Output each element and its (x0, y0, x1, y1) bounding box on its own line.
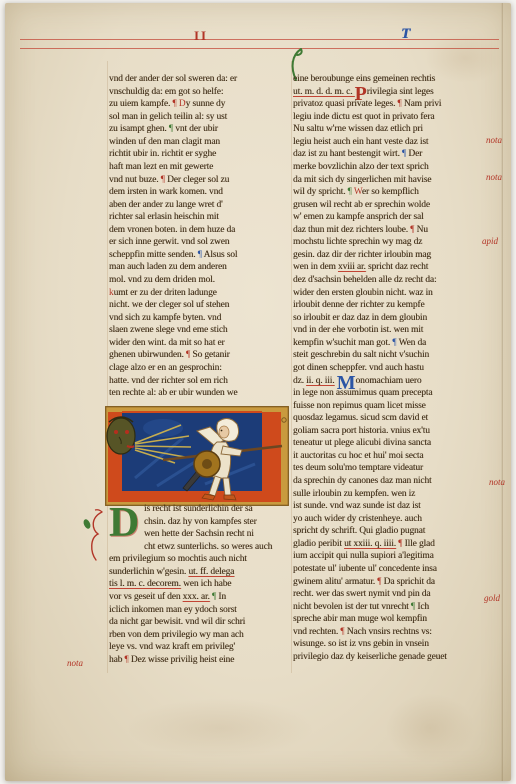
text-line: iclich inkomen man ey ydoch sorst (109, 604, 293, 617)
text-line: privatoz quasi private leges. ¶ Nam priv… (293, 98, 480, 111)
rubric-span: ii. q. iii. (306, 376, 334, 386)
text-line: irloubit denne der richter zu kempfe (293, 299, 480, 312)
pilcrow-mark: ¶ (411, 602, 415, 612)
text-line: dz. ii. q. iii. Monomachiam uero (293, 375, 480, 388)
wind-face-eye (125, 430, 129, 434)
text-line: leye vs. vnd waz kraft em privileg' (109, 641, 293, 654)
text-line: tis l. m. c. decorem. wen ich habe (109, 578, 293, 591)
text-line: aben der ander zu lange wret d' (109, 199, 293, 212)
text-line: da nicht gar bewisit. vnd wil dir schri (109, 616, 293, 629)
text-line: winden uf den man clagit man (109, 136, 293, 149)
text-line: ium accipit qui nulla supiori a'legitima (293, 550, 480, 563)
text-column-left-lower: D is recht ist sunderlichin der sachsin.… (109, 503, 293, 669)
pilcrow-mark: ¶ (198, 250, 202, 260)
text-line: vnd in der ehe vorbotin ist. wen mit (293, 324, 480, 337)
fighter-face (219, 426, 229, 438)
margin-note-nota: nota (486, 135, 502, 145)
pilcrow-mark: ¶ (402, 149, 406, 159)
rubric-span: D (179, 99, 186, 109)
text-line: in lege non assumimus quam precepta (293, 387, 480, 400)
rubric-span: xviii ar. (338, 262, 366, 272)
text-line: ten rechte al: ab er ubir wunden we (109, 387, 293, 400)
text-line: sunderlichin w'gesin. ut. ff. delega (109, 566, 293, 579)
text-line: gesin. daz dir der richter irloubin mag (293, 249, 480, 262)
column-guide-left (107, 61, 108, 673)
text-line: vnschuldig da: em got so helfe: (109, 86, 293, 99)
text-line: sulle irloubin zu kempfen. wen iz (293, 488, 480, 501)
text-line: da mit sich dy singerlichen mit havise (293, 174, 480, 187)
pilcrow-mark: ¶ (410, 225, 414, 235)
text-line: spreche abir man muge wol kempfin (293, 613, 480, 626)
text-line: fuisse non repimus quam licet misse (293, 400, 480, 413)
text-line: nicht. we der cleger sol uf stehen (109, 299, 293, 312)
text-line: wen in dem xviii ar. spricht daz recht (293, 261, 480, 274)
pilcrow-mark: ¶ (377, 577, 381, 587)
text-line: em privilegium so mochtis auch nicht (109, 553, 293, 566)
rubric-span: ut xxiii. q. iiii. (344, 539, 396, 549)
text-line: merke bovzlichin alzo der text sprich (293, 161, 480, 174)
text-line: daz thun mit dez richters loube. ¶ Nu (293, 224, 480, 237)
text-line: zu isampt ghen. ¶ vnt der ubir (109, 123, 293, 136)
page-edge-shadow (501, 3, 503, 781)
fighter-eye (221, 430, 223, 432)
text-line: richtit ubir in. richtit er syghe (109, 148, 293, 161)
text-line: tes deum solu'mo temptare videatur (293, 462, 480, 475)
margin-note-nota: nota (489, 477, 505, 487)
text-line: ghenen ubirwunden. ¶ So getanir (109, 349, 293, 362)
text-line: ist sunde. vnd waz sunde ist daz ist (293, 500, 480, 513)
margin-note-nota: nota (486, 172, 502, 182)
text-line: richter sal erlasin heischin mit (109, 211, 293, 224)
margin-note-nota-left: nota (67, 658, 83, 668)
text-line: dem vronen boten. in dem huze da (109, 224, 293, 237)
text-line: vor vs geseit uf den xxx. ar. ¶ In (109, 591, 293, 604)
text-line: legiu heist auch ein hant veste daz ist (293, 136, 480, 149)
text-line: hatte. vnd der richter sol em rich (109, 375, 293, 388)
rubric-span: tis l. m. c. decorem. (109, 579, 181, 589)
text-line: wider den ersten gloubin nicht. waz in (293, 287, 480, 300)
text-line: gwinem alitu' armatur. ¶ Da sprichit da (293, 576, 480, 589)
text-line: daz ist zu hant bestengit wirt. ¶ Der (293, 148, 480, 161)
text-line: quosdaz legamus. sicud scm david et (293, 412, 480, 425)
miniature-duel-scene (105, 406, 289, 506)
text-column-left-upper: vnd der ander der sol sweren da: ervnsch… (109, 73, 293, 403)
pilcrow-mark: ¶ (392, 338, 396, 348)
text-line: gladio peribit ut xxiii. q. iiii. ¶ Ille… (293, 538, 480, 551)
text-line: dez d'sachsin behelden alle dz recht da: (293, 274, 480, 287)
wind-face-eye (114, 430, 118, 434)
parchment-stain (125, 698, 315, 758)
text-line: zu uiem kampfe. ¶ Dy sunne dy (109, 98, 293, 111)
text-line: kumt er zu der driten ladunge (109, 287, 293, 300)
text-line: spricht dy schrift. Qui gladio pugnat (293, 525, 480, 538)
pilcrow-mark: ¶ (172, 99, 176, 109)
text-line: it auctoritas cu hoc et hui' moi secta (293, 450, 480, 463)
text-line: mol. vnd zu dem driden mol. (109, 274, 293, 287)
blue-ground-patch (143, 419, 183, 437)
pilcrow-mark: ¶ (169, 124, 173, 134)
rubric-span: ut. ff. delega (188, 567, 234, 577)
text-line: legiu inde dictu est quot in privato fer… (293, 111, 480, 124)
text-line: sol man in gelich teilin al: sy ust (109, 111, 293, 124)
rubric-span: W (354, 187, 362, 197)
manuscript-scan: II T vnd der ander der sol sweren da: er… (0, 0, 516, 784)
ruling-line-top-2 (20, 48, 499, 49)
pilcrow-mark: ¶ (161, 175, 165, 185)
text-line: so irloubit er daz daz in dem gloubin (293, 312, 480, 325)
text-line: steit geschrebin du salt nicht v'suchin (293, 349, 480, 362)
text-line: yo auch wider dy cristenheye. auch (293, 513, 480, 526)
text-line: w' emen zu kampfe ansprich der sal (293, 211, 480, 224)
text-line: privilegio daz dy keiserliche genade geu… (293, 651, 480, 664)
pilcrow-mark: ¶ (398, 99, 402, 109)
text-line: vnd nut buze. ¶ Der cleger sol zu (109, 174, 293, 187)
text-line: da sprechin dy canones daz man nicht (293, 475, 480, 488)
shoe-right (224, 495, 236, 500)
text-line: got dinen scheppfer. vnd auch hastu (293, 362, 480, 375)
pilcrow-mark: ¶ (124, 655, 128, 665)
parchment-sheet: II T vnd der ander der sol sweren da: er… (5, 3, 511, 781)
ruling-line-top-1 (20, 39, 499, 40)
rubric-span: ut. m. d. d. m. c. (293, 87, 355, 97)
rubric-span: k (109, 288, 114, 298)
text-line: wisunge. so ist iz vns gebin in vnsein (293, 638, 480, 651)
pilcrow-mark: ¶ (398, 539, 402, 549)
text-line: recht. wer das swert nymit vnd pin da (293, 588, 480, 601)
text-line: vnd sich zu kampfe byten. vnd (109, 312, 293, 325)
text-line: ut. m. d. d. m. c. Privilegia sint leges (293, 86, 480, 99)
wind-face-mouth (127, 446, 134, 447)
frame-red-bottom (108, 491, 281, 502)
text-line: vnd der ander der sol sweren da: er (109, 73, 293, 86)
parchment-stain (385, 693, 475, 763)
text-line: dem irsten in wark komen. vnd (109, 186, 293, 199)
text-line: er sich inne gerwit. vnd sol zwen (109, 236, 293, 249)
buckler-boss (202, 459, 212, 469)
text-column-right: eine beroubunge eins gemeinen rechtisut.… (293, 73, 480, 669)
text-line: slaen zwene slege vnd eme stich (109, 324, 293, 337)
text-line: grusen wil recht ab er sprechin wolde (293, 199, 480, 212)
folio-number: II (194, 29, 208, 43)
text-line: kempfin w'suchit man got. ¶ Wen da (293, 337, 480, 350)
text-line: rben von dem privilegio wy man ach (109, 629, 293, 642)
pilcrow-mark: ¶ (348, 187, 352, 197)
frame-red-right (262, 412, 281, 502)
text-line: eine beroubunge eins gemeinen rechtis (293, 73, 480, 86)
text-line: vnd rechten. ¶ Nach vnsirs rechtns vs: (293, 626, 480, 639)
marginal-flourish-icon (81, 508, 105, 566)
quire-mark: T (401, 26, 410, 42)
text-line: Nu saltu w'rne wissen daz etlich pri (293, 123, 480, 136)
text-line: mochstu lichte sprechin wy mag dz (293, 236, 480, 249)
text-line: nicht bevolen ist der tut vnrecht ¶ Ich (293, 601, 480, 614)
pilcrow-mark: ¶ (212, 592, 216, 602)
frame-red-topline (122, 411, 262, 413)
text-line: wider den wint. da mit so hat er (109, 337, 293, 350)
margin-note-apid: apid (482, 236, 498, 246)
pilcrow-mark: ¶ (186, 350, 190, 360)
text-line: man auch laden zu dem anderen (109, 261, 293, 274)
text-line: scheppfin mitte senden. ¶ Alsus sol (109, 249, 293, 262)
initial-d: D (109, 505, 139, 543)
text-line: teneatur ut plege alicubi divina sancta (293, 437, 480, 450)
text-line: goliam sacra port historia. vnius ex'tu (293, 425, 480, 438)
text-line: haft man lezt en mit gewerte (109, 161, 293, 174)
margin-note-gold: gold (484, 593, 500, 603)
text-line: hab ¶ Dez wisse privilig heist eine (109, 654, 293, 667)
text-line: potestate ul' iubente ul' concedente ins… (293, 563, 480, 576)
text-line: clage alzo er en an gesprochin: (109, 362, 293, 375)
rubric-span: xxx. ar. (183, 592, 210, 602)
pilcrow-mark: ¶ (340, 627, 344, 637)
text-line: wil dy spricht. ¶ Wer so kempflich (293, 186, 480, 199)
